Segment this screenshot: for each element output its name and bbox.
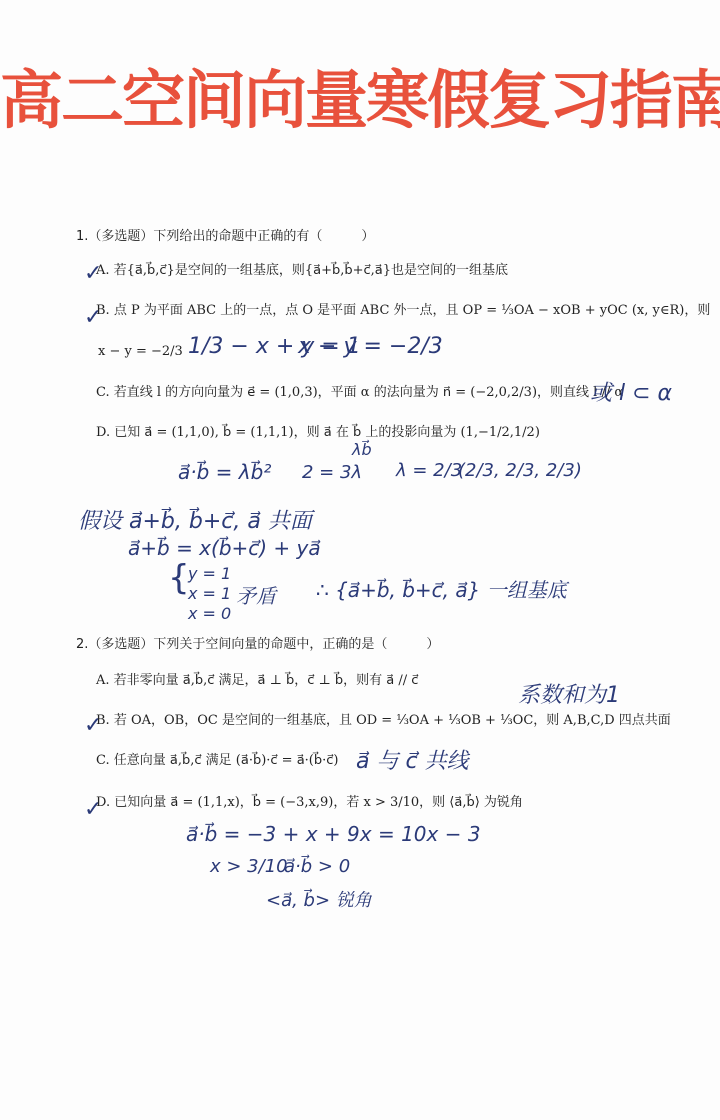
handwritten-note: <a⃗, b⃗> 锐角 — [266, 886, 372, 912]
handwritten-note: ∴ {a⃗+b⃗, b⃗+c⃗, a⃗} 一组基底 — [316, 574, 567, 603]
q2-option-a: A. 若非零向量 a⃗,b⃗,c⃗ 满足，a⃗ ⊥ b⃗，c⃗ ⊥ b⃗，则有 … — [96, 672, 418, 690]
page-title: 高二空间向量寒假复习指南 — [0, 66, 720, 136]
q2-option-b: B. 若 OA，OB，OC 是空间的一组基底，且 OD = ⅓OA + ⅓OB … — [96, 712, 671, 730]
q2-stem: 2.（多选题）下列关于空间向量的命题中，正确的是（ ） — [76, 636, 439, 654]
handwritten-note: a⃗·b⃗ = −3 + x + 9x = 10x − 3 — [186, 822, 481, 846]
q1-stem: 1.（多选题）下列给出的命题中正确的有（ ） — [76, 228, 374, 246]
q1-option-a: A. 若{a⃗,b⃗,c⃗}是空间的一组基底，则{a⃗+b⃗,b⃗+c⃗,a⃗}… — [96, 262, 508, 280]
handwritten-note: 或 l ⊂ α — [590, 376, 672, 407]
q2-option-d: D. 已知向量 a⃗ = (1,1,x)，b⃗ = (−3,x,9)，若 x >… — [96, 794, 523, 812]
handwritten-note: λb⃗ — [352, 440, 372, 459]
handwritten-note: 系数和为1 — [518, 678, 620, 709]
handwritten-note: λ = 2/3 — [396, 460, 462, 481]
handwritten-note: x − y = −2/3 — [298, 334, 443, 359]
q1-option-b-cont: x − y = −2/3 — [98, 343, 183, 361]
handwritten-note: a⃗+b⃗ = x(b⃗+c⃗) + ya⃗ — [128, 536, 321, 560]
handwritten-note: 2 = 3λ — [302, 462, 362, 483]
handwritten-note: a⃗·b⃗ = λb⃗² — [178, 460, 271, 484]
handwritten-note: a⃗ 与 c⃗ 共线 — [356, 744, 469, 775]
handwritten-note: a⃗·b⃗ > 0 — [284, 856, 350, 877]
q1-option-d: D. 已知 a⃗ = (1,1,0), b⃗ = (1,1,1)，则 a⃗ 在 … — [96, 424, 540, 442]
handwritten-note: 假设 a⃗+b⃗, b⃗+c⃗, a⃗ 共面 — [78, 504, 312, 535]
brace-icon: { — [168, 558, 190, 598]
q1-option-c: C. 若直线 l 的方向向量为 e⃗ = (1,0,3)，平面 α 的法向量为 … — [96, 384, 623, 402]
handwritten-note: 矛盾 — [236, 580, 276, 609]
q1-option-b: B. 点 P 为平面 ABC 上的一点，点 O 是平面 ABC 外一点，且 OP… — [96, 302, 710, 320]
handwritten-note: x > 3/10 — [210, 856, 288, 877]
handwritten-note: y = 1 — [188, 564, 231, 583]
handwritten-note: x = 0 — [188, 604, 231, 623]
handwritten-note: (2/3, 2/3, 2/3) — [458, 460, 582, 481]
q2-option-c: C. 任意向量 a⃗,b⃗,c⃗ 满足 (a⃗·b⃗)·c⃗ = a⃗·(b⃗·… — [96, 752, 338, 770]
handwritten-note: x = 1 — [188, 584, 231, 603]
